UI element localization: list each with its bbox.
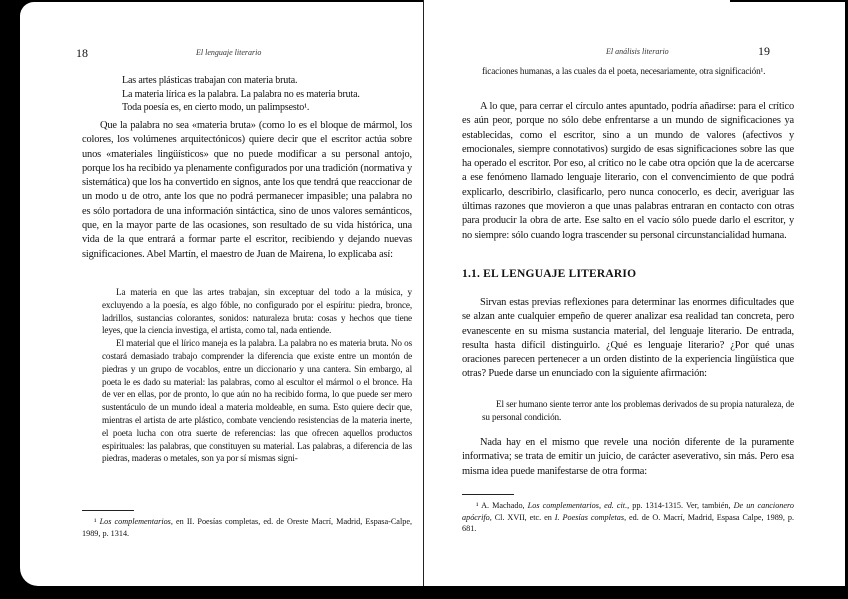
verse-line: Las artes plásticas trabajan con materia…	[122, 74, 412, 88]
left-running-head: El lenguaje literario	[196, 48, 261, 57]
left-body-text: Que la palabra no sea «materia bruta» (c…	[82, 119, 412, 262]
scan-top-edge-right	[730, 0, 845, 2]
right-body-text-3: Nada hay en el mismo que revele una noci…	[462, 436, 794, 479]
quote-paragraph: El ser humano siente terror ante los pro…	[482, 398, 794, 424]
section-heading: 1.1. EL LENGUAJE LITERARIO	[462, 268, 636, 280]
left-footnote: ¹ Los complementarios, en II. Poesías co…	[82, 516, 412, 539]
right-body-text-1: A lo que, para cerrar el círculo antes a…	[462, 100, 794, 243]
paragraph: A lo que, para cerrar el círculo antes a…	[462, 100, 794, 243]
footnote-rule	[82, 510, 134, 511]
left-page: 18 El lenguaje literario Las artes plást…	[20, 2, 424, 586]
block-quote: La materia en que las artes trabajan, si…	[102, 286, 412, 465]
right-footnote: ¹ A. Machado, Los complementarios, ed. c…	[462, 500, 794, 535]
quote-paragraph: El material que el lírico maneja es la p…	[102, 337, 412, 465]
footnote-title: Los complementarios, ed. cit.	[528, 501, 627, 510]
footnote-marker: ¹	[462, 501, 478, 510]
footnote-text: , pp. 1314-1315. Ver, también,	[627, 501, 733, 510]
verse-line: Toda poesía es, en cierto modo, un palim…	[122, 101, 412, 115]
footnote-rule	[462, 494, 514, 495]
right-page-number: 19	[758, 44, 770, 59]
paragraph: Que la palabra no sea «materia bruta» (c…	[82, 119, 412, 262]
quote-paragraph: ficaciones humanas, a las cuales da el p…	[482, 65, 794, 78]
right-running-head: El análisis literario	[606, 47, 669, 56]
paragraph: Nada hay en el mismo que revele una noci…	[462, 436, 794, 479]
footnote-title: Los complementarios	[100, 517, 171, 526]
epigraph-verse: Las artes plásticas trabajan con materia…	[122, 74, 412, 115]
right-page: El análisis literario 19 ficaciones huma…	[426, 0, 845, 586]
quote-continuation: ficaciones humanas, a las cuales da el p…	[482, 65, 794, 78]
paragraph: Sirvan estas previas reflexiones para de…	[462, 296, 794, 382]
verse-line: La materia lírica es la palabra. La pala…	[122, 88, 412, 102]
footnote-title: I. Poesías completas	[555, 513, 624, 522]
right-body-text-2: Sirvan estas previas reflexiones para de…	[462, 296, 794, 382]
left-page-number: 18	[76, 46, 88, 61]
footnote-text: A. Machado,	[478, 501, 527, 510]
quote-paragraph: La materia en que las artes trabajan, si…	[102, 286, 412, 337]
footnote-text: , Cl. XVII, etc. en	[490, 513, 555, 522]
footnote-marker: ¹	[82, 517, 96, 526]
example-quote: El ser humano siente terror ante los pro…	[482, 398, 794, 424]
